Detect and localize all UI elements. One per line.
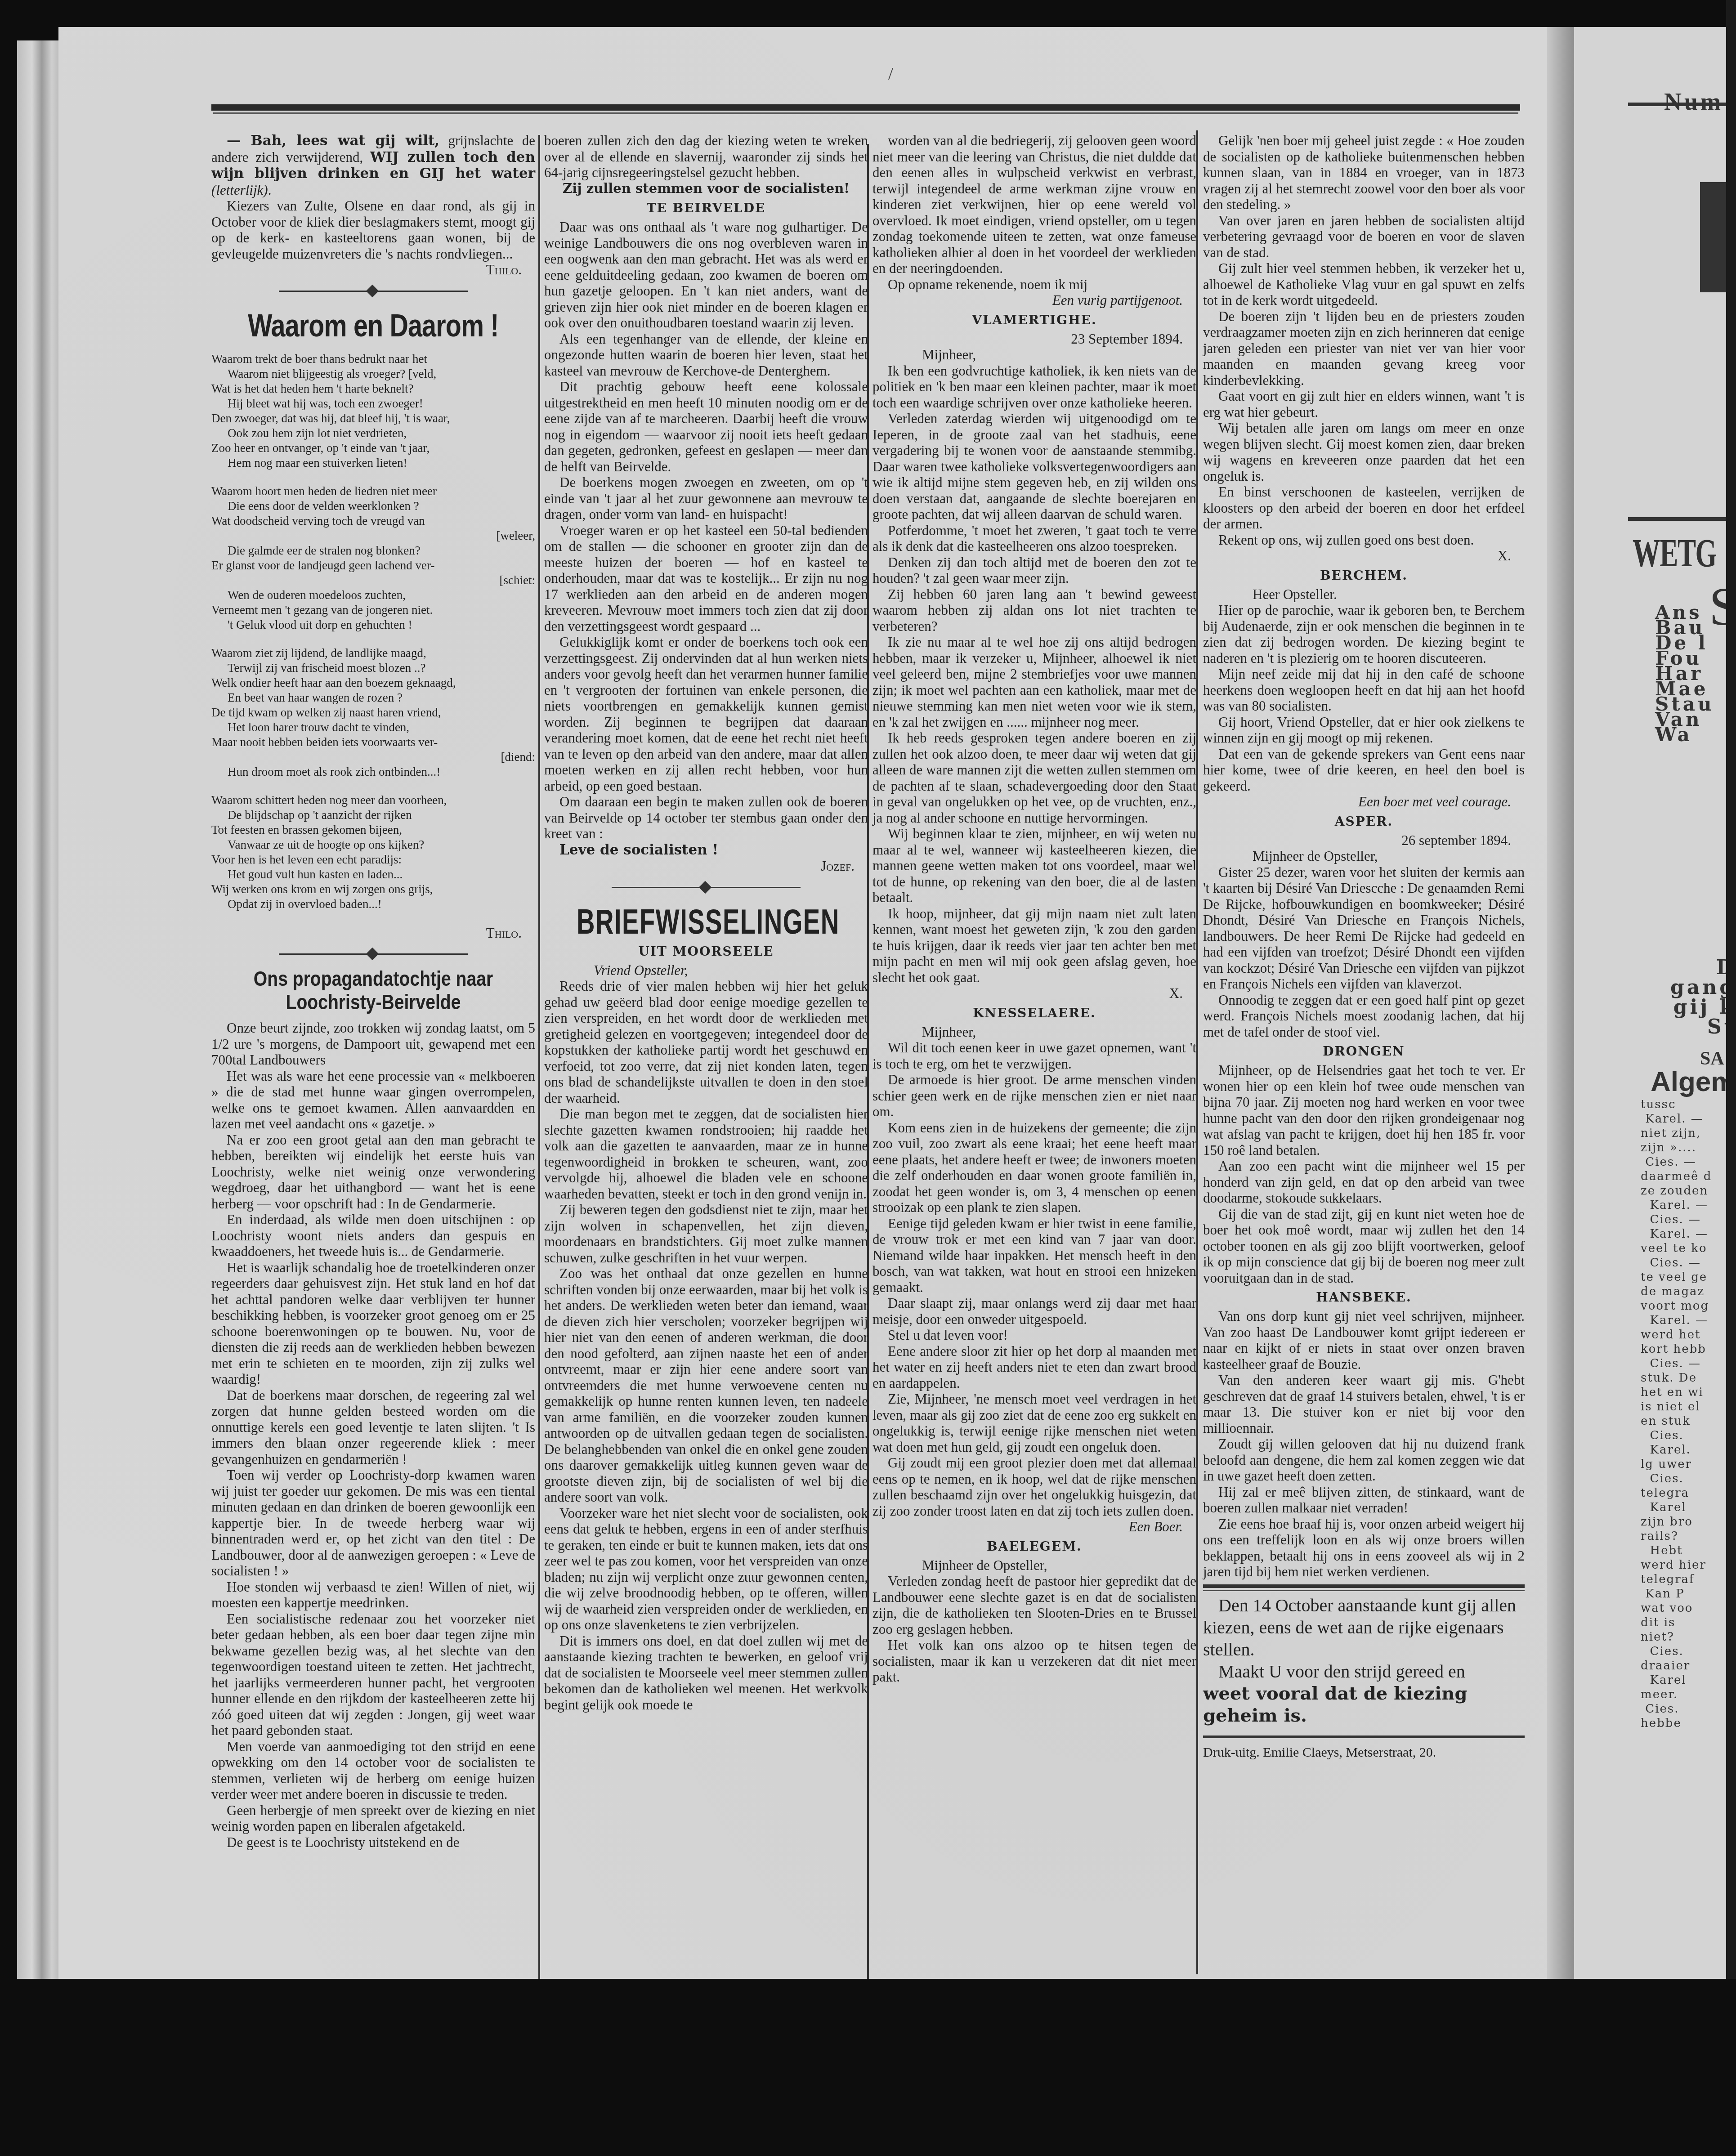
poem-line: Waarom schittert heden nog meer dan voor…: [211, 793, 535, 808]
letter-body: Gelijk 'nen boer mij geheel juist zegde …: [1203, 133, 1525, 548]
next-page-masthead: Num: [1664, 88, 1723, 116]
paragraph: De geest is te Loochristy uitstekend en …: [211, 1834, 535, 1851]
signature: X.: [1203, 548, 1525, 564]
letter-body: Van ons dorp kunt gij niet veel schrijve…: [1203, 1308, 1525, 1580]
paragraph: Om daaraan een begin te maken zullen ook…: [544, 794, 868, 842]
poem-stanza: Waarom ziet zij lijdend, de landlijke ma…: [211, 646, 535, 779]
signature: X.: [872, 985, 1196, 1002]
next-page-name-list: AnsBauDe lFouHarMaeStauVanWa: [1655, 605, 1714, 743]
paragraph: En binst verschoonen de kasteelen, verri…: [1203, 484, 1525, 532]
poem-line: Die galmde eer de stralen nog blonken?: [211, 543, 535, 558]
paragraph: Het was als ware het eene processie van …: [211, 1068, 535, 1132]
salutation: Mijnheer,: [872, 1024, 1196, 1040]
paragraph: Eenige tijd geleden kwam er hier twist i…: [872, 1216, 1196, 1296]
poem-line: Waarom niet blijgeestig als vroeger? [ve…: [211, 367, 535, 381]
place-heading: BERCHEM.: [1203, 567, 1525, 585]
paragraph: Van over jaren en jaren hebben de social…: [1203, 213, 1525, 261]
notice-bold: weet vooral dat de kiezing geheim is.: [1203, 1682, 1525, 1727]
closing-paragraph: Leve de socialisten !: [544, 842, 868, 859]
ornament-divider: [279, 947, 468, 961]
article-body: Onze beurt zijnde, zoo trokken wij zonda…: [211, 1020, 535, 1850]
poem-line: [schiet:: [211, 573, 535, 588]
paragraph: Dit is immers ons doel, en dat doel zull…: [544, 1633, 868, 1713]
fragment-line: gij k: [1646, 997, 1736, 1017]
paragraph: Zij beweren tegen den godsdienst niet te…: [544, 1202, 868, 1266]
bold-slogan: Zij zullen stemmen voor de socialisten!: [544, 181, 868, 197]
letter-date: 23 September 1894.: [872, 331, 1196, 347]
salutation: Heer Opsteller.: [1203, 586, 1525, 603]
scan-mark: /: [888, 63, 893, 84]
paragraph: Vroeger waren er op het kasteel een 50-t…: [544, 523, 868, 635]
paragraph: Reeds drie of vier malen hebben wij hier…: [544, 978, 868, 1106]
poem-line: De tijd kwam op welken zij naast haren v…: [211, 705, 535, 720]
column-2: boeren zullen zich den dag der kiezing w…: [544, 133, 868, 1713]
poem-line: Voor hen is het leven een echt paradijs:: [211, 852, 535, 867]
letter-body: Hier op de parochie, waar ik geboren ben…: [1203, 602, 1525, 794]
paragraph: Gister 25 dezer, waren voor het sluiten …: [1203, 864, 1525, 992]
place-heading: DRONGEN: [1203, 1042, 1525, 1060]
paragraph: Daar slaapt zij, maar onlangs werd zij d…: [872, 1295, 1196, 1327]
paragraph: Toen wij verder op Loochristy-dorp kwame…: [211, 1467, 535, 1579]
paragraph: Ik hoop, mijnheer, dat gij mijn naam nie…: [872, 906, 1196, 986]
ornament-divider: [612, 881, 801, 894]
next-page-dialog: tussc Karel. — niet zijn, zijn ».... Cie…: [1641, 1097, 1712, 1731]
paragraph: Onnoodig te zeggen dat er een goed half …: [1203, 992, 1525, 1040]
poem-line: Er glanst voor de landjeugd geen lachend…: [211, 558, 535, 573]
poem-line: Opdat zij in overvloed baden...!: [211, 897, 535, 912]
poem-line: Die eens door de velden weerklonken ?: [211, 499, 535, 514]
paragraph: Zoo was het onthaal dat onze gezellen en…: [544, 1266, 868, 1505]
place-heading: VLAMERTIGHE.: [872, 311, 1196, 329]
paragraph: De armoede is hier groot. De arme mensch…: [872, 1072, 1196, 1120]
paragraph: Op opname rekenende, noem ik mij: [872, 277, 1196, 293]
signature: Een vurig partijgenoot.: [872, 292, 1196, 309]
paragraph: Aan zoo een pacht wint die mijnheer wel …: [1203, 1158, 1525, 1206]
place-heading: TE BEIRVELDE: [544, 199, 868, 217]
paragraph: Dat de boerkens maar dorschen, de regeer…: [211, 1387, 535, 1467]
salutation: Mijnheer de Opsteller,: [872, 1557, 1196, 1574]
paragraph: Gij zult hier veel stemmen hebben, ik ve…: [1203, 260, 1525, 309]
column-rule: [1196, 130, 1198, 1974]
poem-line: Wat doodscheid verving toch de vreugd va…: [211, 514, 535, 528]
paragraph: Verleden zaterdag wierden wij uitgenoodi…: [872, 411, 1196, 523]
paragraph: Gij hoort, Vriend Opsteller, dat er hier…: [1203, 714, 1525, 746]
signature: Jozef.: [544, 858, 868, 874]
letter-body: Mijnheer, op de Helsendries gaat het toc…: [1203, 1062, 1525, 1286]
paragraph: Als een tegenhanger van de ellende, der …: [544, 331, 868, 379]
poem-line: Vanwaar ze uit de hoogte op ons kijken?: [211, 837, 535, 852]
poem-title: Waarom en Daarom !: [241, 308, 506, 344]
paragraph: Gij zoudt mij een groot plezier doen met…: [872, 1455, 1196, 1519]
column-4: Gelijk 'nen boer mij geheel juist zegde …: [1203, 133, 1525, 1760]
paragraph: Gaat voort en gij zult hier en elders wi…: [1203, 388, 1525, 420]
intro-paragraph: — Bah, lees wat gij wilt, grijnslachte d…: [211, 133, 535, 198]
poem-line: [diend:: [211, 750, 535, 765]
paragraph: Onze beurt zijnde, zoo trokken wij zonda…: [211, 1020, 535, 1068]
paragraph: Zoudt gij willen gelooven dat hij nu dui…: [1203, 1436, 1525, 1484]
paragraph: Van den anderen keer waart gij mis. G'he…: [1203, 1372, 1525, 1436]
printer-imprint: Druk-uitg. Emilie Claeys, Metserstraat, …: [1203, 1736, 1525, 1761]
fragment-line: St: [1646, 1017, 1736, 1037]
place-heading: BAELEGEM.: [872, 1538, 1196, 1556]
section-title: BRIEFWISSELINGEN: [577, 903, 836, 940]
next-page-headline: WETG: [1633, 531, 1716, 576]
paragraph: Geen herbergje of men spreekt over de ki…: [211, 1803, 535, 1834]
paragraph: Gelukkiglijk komt er onder de boerkens t…: [544, 634, 868, 794]
poem-line: Hij bleet wat hij was, toch een zwoeger!: [211, 396, 535, 411]
paragraph: Zie eens hoe braaf hij is, voor onzen ar…: [1203, 1516, 1525, 1580]
paragraph: Stel u dat leven voor!: [872, 1327, 1196, 1343]
paragraph: Eene andere sloor zit hier op het dorp a…: [872, 1343, 1196, 1391]
next-page-rule: [1628, 517, 1736, 521]
paragraph: Ik ben een godvruchtige katholiek, ik ke…: [872, 363, 1196, 411]
poem-line: Wij werken ons krom en wij zorgen ons gr…: [211, 882, 535, 897]
poem-line: En beet van haar wangen de rozen ?: [211, 690, 535, 705]
place-heading: KNESSELAERE.: [872, 1004, 1196, 1022]
paragraph: Mijnheer, op de Helsendries gaat het toc…: [1203, 1062, 1525, 1158]
kiezers-paragraph: Kiezers van Zulte, Olsene en daar rond, …: [211, 198, 535, 262]
column-1: — Bah, lees wat gij wilt, grijnslachte d…: [211, 133, 535, 1850]
poem-line: Waarom ziet zij lijdend, de landlijke ma…: [211, 646, 535, 661]
place-heading: ASPER.: [1203, 813, 1525, 831]
scan-border: [1726, 0, 1736, 2156]
election-notice: Den 14 October aanstaande kunt gij allen…: [1203, 1584, 1525, 1727]
paragraph: Wij beginnen klaar te zien, mijnheer, en…: [872, 826, 1196, 906]
poem-line: Maar nooit hebben beiden iets voorwaarts…: [211, 735, 535, 750]
paragraph: Gelijk 'nen boer mij geheel juist zegde …: [1203, 133, 1525, 213]
next-page-rule: [1628, 103, 1736, 106]
poem-stanza: Waarom trekt de boer thans bedrukt naar …: [211, 352, 535, 470]
scan-border: [0, 1979, 1736, 2156]
poem-line: 't Geluk vlood uit dorp en gehuchten !: [211, 617, 535, 632]
poem-line: Den zwoeger, dat was hij, dat bleef hij,…: [211, 411, 535, 426]
column-rule: [538, 135, 540, 1988]
paragraph: Na er zoo een groot getal aan den man ge…: [211, 1132, 535, 1212]
salutation: Vriend Opsteller,: [544, 962, 868, 979]
poem-line: Het loon harer trouw dacht te vinden,: [211, 720, 535, 735]
paragraph: Ik heb reeds gesproken tegen andere boer…: [872, 730, 1196, 826]
fragment-line: gang: [1646, 978, 1736, 997]
notice-line: Den 14 October aanstaande kunt gij allen…: [1203, 1594, 1525, 1660]
paragraph: Dat een van de gekende sprekers van Gent…: [1203, 746, 1525, 794]
letter-body: Verleden zondag heeft de pastoor hier ge…: [872, 1573, 1196, 1685]
fragment-line: Wa: [1655, 727, 1714, 743]
paragraph: Van ons dorp kunt gij niet veel schrijve…: [1203, 1308, 1525, 1372]
letter-body: Wil dit toch eenen keer in uwe gazet opn…: [872, 1040, 1196, 1519]
poem-line: Welk ondier heeft haar aan den boezem ge…: [211, 675, 535, 690]
notice-line: Maakt U voor den strijd gereed en: [1203, 1660, 1525, 1682]
poem-line: Ook zou hem zijn lot niet verdrieten,: [211, 426, 535, 441]
signature: Thilo.: [211, 262, 535, 278]
poem-line: Hem nog maar een stuiverken lieten!: [211, 456, 535, 470]
page-gutter-shadow: [1547, 27, 1574, 1979]
ornament-divider: [279, 284, 468, 298]
paragraph: Voorzeker ware het niet slecht voor de s…: [544, 1505, 868, 1633]
letter-body: worden van al die bedriegerij, zij geloo…: [872, 133, 1196, 292]
paragraph: Potferdomme, 't moet het zweren, 't gaat…: [872, 523, 1196, 555]
poem-line: Hun droom moet als rook zich ontbinden..…: [211, 765, 535, 779]
poem: Waarom trekt de boer thans bedrukt naar …: [211, 352, 535, 912]
poem-stanza: Waarom hoort men heden de liedren niet m…: [211, 484, 535, 632]
paragraph: Verleden zondag heeft de pastoor hier ge…: [872, 1573, 1196, 1637]
paragraph: Het volk kan ons alzoo op te hitsen tege…: [872, 1637, 1196, 1685]
next-page-slogan: Dganggij kSt: [1646, 958, 1736, 1037]
paragraph: Kom eens zien in de huizekens der gemeen…: [872, 1120, 1196, 1216]
top-rule: [211, 104, 1520, 112]
signature: Thilo.: [211, 925, 535, 941]
paragraph: Een socialistische redenaar zou het voor…: [211, 1611, 535, 1739]
place-heading: HANSBEKE.: [1203, 1288, 1525, 1306]
paragraph: Men voerde van aanmoediging tot den stri…: [211, 1739, 535, 1803]
poem-line: Terwijl zij van frischeid moest blozen .…: [211, 661, 535, 675]
letter-body: Reeds drie of vier malen hebben wij hier…: [544, 978, 868, 1713]
salutation: Mijnheer,: [872, 347, 1196, 363]
paragraph: Mijn neef zeide mij dat hij in den café …: [1203, 666, 1525, 714]
paragraph: Die man begon met te zeggen, dat de soci…: [544, 1106, 868, 1202]
paragraph: Zie, Mijnheer, 'ne mensch moet veel verd…: [872, 1391, 1196, 1455]
poem-line: Zoo heer en ontvanger, op 't einde van '…: [211, 441, 535, 456]
poem-stanza: Waarom schittert heden nog meer dan voor…: [211, 793, 535, 912]
poem-line: Wen de ouderen moedeloos zuchten,: [211, 588, 535, 603]
poem-line: Waarom trekt de boer thans bedrukt naar …: [211, 352, 535, 367]
paragraph: Dit prachtig gebouw heeft eene kolossale…: [544, 379, 868, 474]
paragraph: De boeren zijn 't lijden beu en de pries…: [1203, 309, 1525, 389]
poem-line: Waarom hoort men heden de liedren niet m…: [211, 484, 535, 499]
poem-line: De blijdschap op 't aanzicht der rijken: [211, 808, 535, 823]
paragraph: Hij zal er meê blijven zitten, de stinka…: [1203, 1484, 1525, 1516]
paragraph: Hier op de parochie, waar ik geboren ben…: [1203, 602, 1525, 666]
paragraph: Ik zie nu maar al te wel hoe zij ons alt…: [872, 634, 1196, 730]
paragraph: Zij hebben 60 jaren lang aan 't bewind g…: [872, 586, 1196, 635]
letter-date: 26 september 1894.: [1203, 832, 1525, 849]
paragraph: Denken zij dan toch altijd met de boeren…: [872, 555, 1196, 586]
salutation: Mijnheer de Opsteller,: [1203, 848, 1525, 864]
paragraph: En inderdaad, als wilde men doen uitschi…: [211, 1212, 535, 1260]
poem-line: [weleer,: [211, 528, 535, 543]
paragraph: Wil dit toch eenen keer in uwe gazet opn…: [872, 1040, 1196, 1072]
article-title: Ons propagandatochtje naar Loochristy-Be…: [236, 967, 511, 1014]
letter-body: Gister 25 dezer, waren voor het sluiten …: [1203, 864, 1525, 1040]
signature: Een boer met veel courage.: [1203, 794, 1525, 810]
paragraph: boeren zullen zich den dag der kiezing w…: [544, 133, 868, 181]
section-subtitle: UIT MOORSEELE: [544, 943, 868, 961]
next-page-heading: Algem: [1651, 1066, 1736, 1098]
fragment-line: D: [1646, 958, 1736, 978]
paragraph: Wij betalen alle jaren om langs om meer …: [1203, 420, 1525, 484]
paragraph: De boerkens mogen zwoegen en zweeten, om…: [544, 474, 868, 523]
signature: Een Boer.: [872, 1519, 1196, 1535]
paragraph: Gij die van de stad zijt, gij en kunt ni…: [1203, 1206, 1525, 1286]
poem-line: Verneemt men 't gezang van de jongeren n…: [211, 603, 535, 617]
paragraph: Daar was ons onthaal als 't ware nog gul…: [544, 219, 868, 331]
paragraph: Rekent op ons, wij zullen goed ons best …: [1203, 532, 1525, 548]
poem-line: Tot feesten en brassen gekomen bijeen,: [211, 823, 535, 837]
paragraph: Het is waarlijk schandalig hoe de troete…: [211, 1260, 535, 1387]
paragraph: worden van al die bedriegerij, zij geloo…: [872, 133, 1196, 277]
article-body: Daar was ons onthaal als 't ware nog gul…: [544, 219, 868, 842]
paragraph: Hoe stonden wij verbaasd te zien! Willen…: [211, 1579, 535, 1611]
column-3: worden van al die bedriegerij, zij geloo…: [872, 133, 1196, 1685]
poem-line: Het goud vult hun kasten en laden...: [211, 867, 535, 882]
poem-line: Wat is het dat heden hem 't harte beknel…: [211, 381, 535, 396]
letter-body: Ik ben een godvruchtige katholiek, ik ke…: [872, 363, 1196, 986]
